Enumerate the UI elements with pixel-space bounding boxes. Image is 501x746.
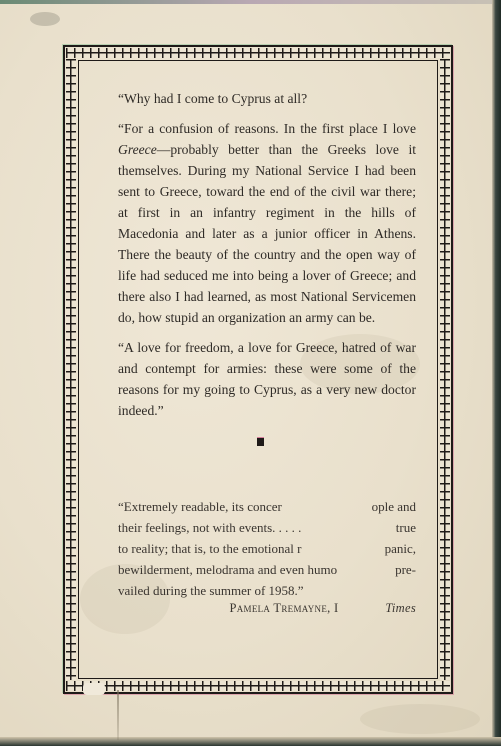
stain <box>360 704 480 734</box>
review-line: to reality; that is, to the emotional rp… <box>118 538 416 559</box>
spine-edge <box>492 0 501 746</box>
review-line: vailed during the summer of 1958.” <box>118 580 416 601</box>
paper-crack <box>117 690 119 740</box>
border-tear <box>83 683 105 695</box>
review-line-right: ople and <box>372 496 416 517</box>
review-line-left: vailed during the summer of 1958.” <box>118 580 304 601</box>
excerpt-text: “For a confusion of reasons. In the firs… <box>118 121 416 136</box>
greek-key-border-left <box>66 59 76 680</box>
review-line-left: “Extremely readable, its concer <box>118 496 282 517</box>
jacket-bottom-edge <box>0 737 501 746</box>
excerpt-paragraph-2: “For a confusion of reasons. In the firs… <box>118 118 416 328</box>
excerpt: “Why had I come to Cyprus at all? “For a… <box>118 88 416 421</box>
excerpt-paragraph-3: “A love for freedom, a love for Greece, … <box>118 337 416 421</box>
review-line-left: to reality; that is, to the emotional r <box>118 538 301 559</box>
review-quote: “Extremely readable, its concerople and … <box>118 496 416 601</box>
reviewer-name: Pamela Tremayne, I <box>229 601 338 615</box>
review-line-right: panic, <box>385 538 416 559</box>
excerpt-paragraph-1: “Why had I come to Cyprus at all? <box>118 88 416 109</box>
review-line-right: true <box>396 517 416 538</box>
review-line: “Extremely readable, its concerople and <box>118 496 416 517</box>
review-line: bewilderment, melodrama and even humopre… <box>118 559 416 580</box>
greek-key-border-right <box>440 59 450 680</box>
stain <box>30 12 60 26</box>
review-line-right: pre- <box>395 559 416 580</box>
publication-name: Times <box>385 601 416 615</box>
excerpt-text: —probably better than the Greeks love it… <box>118 142 416 325</box>
greek-key-border-top <box>66 48 450 58</box>
review-line: their feelings, not with events. . . . .… <box>118 517 416 538</box>
review-line-left: their feelings, not with events. . . . . <box>118 517 301 538</box>
review-line-left: bewilderment, melodrama and even humo <box>118 559 337 580</box>
review-attribution: Pamela Tremayne, I Times <box>229 601 416 616</box>
square-ornament-icon <box>257 438 264 446</box>
greek-key-border-bottom <box>66 681 450 691</box>
excerpt-italic-word: Greece <box>118 142 157 157</box>
